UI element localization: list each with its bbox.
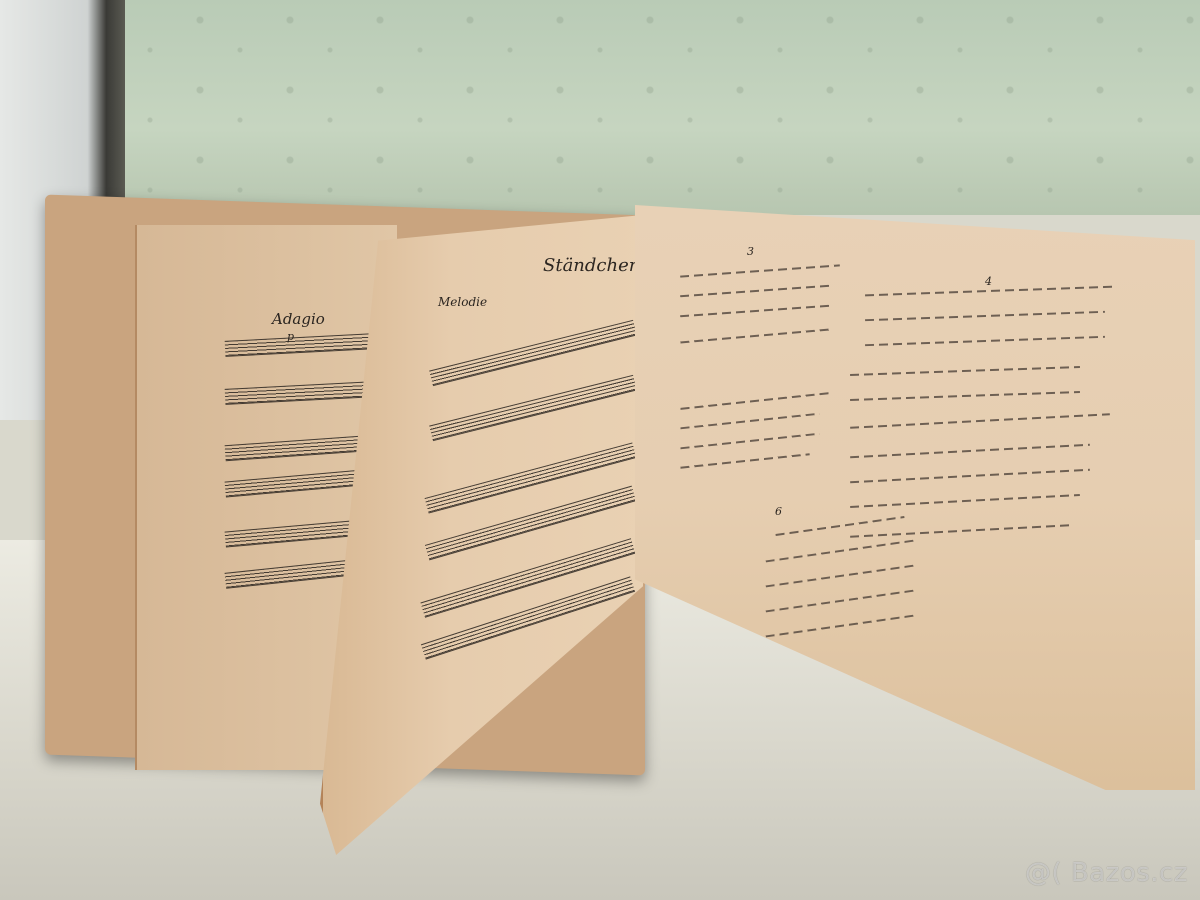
handwriting-line (766, 590, 915, 613)
page-number: 3 (747, 245, 754, 258)
wallpaper-background (0, 0, 1200, 215)
handwriting-line (766, 615, 915, 638)
music-staff (429, 320, 637, 386)
handwriting-line (865, 336, 1105, 346)
handwriting-line (850, 444, 1090, 459)
handwriting-line (680, 453, 809, 469)
tempo-marking: Adagio (272, 310, 325, 328)
handwriting-line (680, 264, 840, 277)
music-staff (429, 375, 637, 441)
handwriting-line (680, 285, 830, 297)
handwriting-line (766, 565, 915, 588)
handwriting-line (850, 494, 1080, 508)
handwriting-line (680, 305, 830, 317)
handwriting-line (850, 469, 1090, 484)
handwriting-line (680, 392, 829, 410)
handwriting-line (865, 311, 1105, 321)
handwriting-line (680, 433, 819, 450)
music-staff (225, 381, 376, 405)
handwriting-line (766, 540, 915, 563)
song-title: Ständchen (543, 255, 640, 276)
music-staff (225, 333, 376, 357)
handwriting-line (850, 366, 1080, 376)
verse-marker: 4 (985, 275, 992, 288)
handwriting-line (680, 328, 830, 343)
handwriting-line (850, 413, 1110, 429)
song-subtitle: Melodie (438, 295, 487, 309)
section-marker: 6 (775, 505, 782, 518)
handwriting-line (850, 391, 1080, 401)
wallpaper-pattern (0, 0, 1200, 215)
handwriting-line (850, 524, 1070, 538)
music-staff (225, 435, 376, 461)
bazos-watermark: @( Bazos.cz (1025, 858, 1188, 888)
handwriting-line (680, 413, 819, 430)
